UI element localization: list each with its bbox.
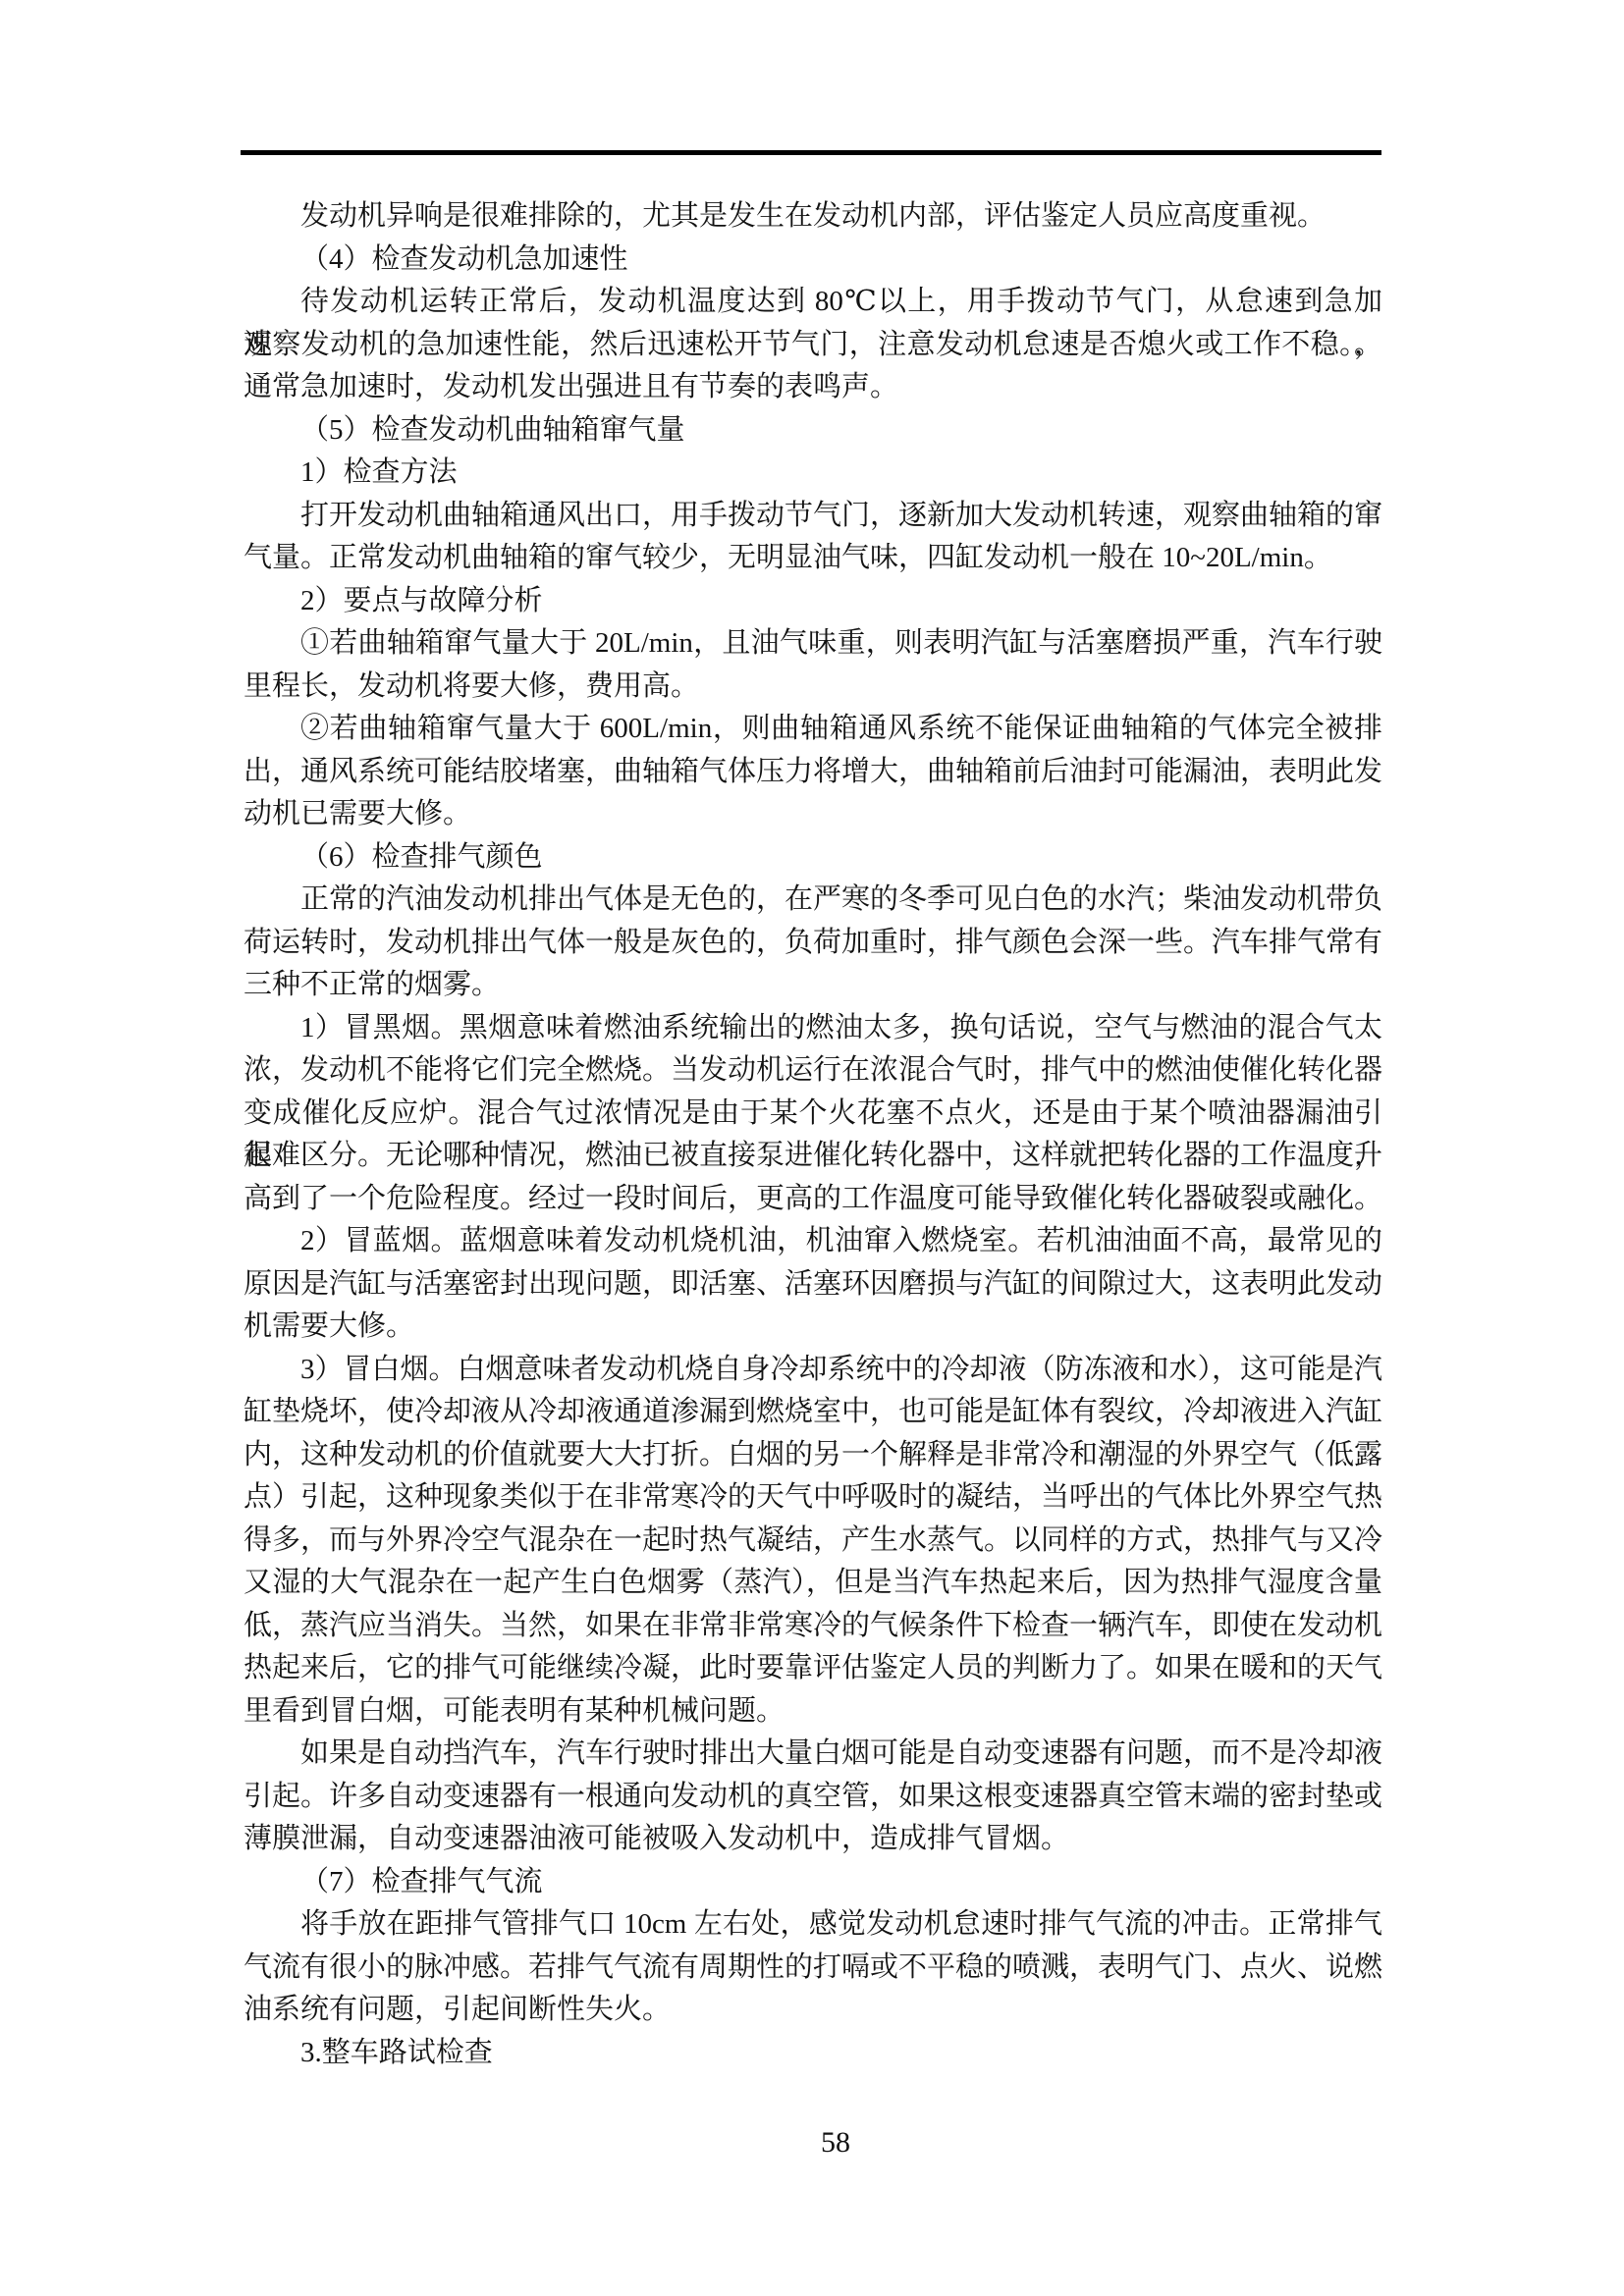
text-line: 薄膜泄漏，自动变速器油液可能被吸入发动机中，造成排气冒烟。 [244,1818,1382,1861]
text-line: ①若曲轴箱窜气量大于 20L/min，且油气味重，则表明汽缸与活塞磨损严重，汽车… [244,622,1382,666]
text-line: 引起。许多自动变速器有一根通向发动机的真空管，如果这根变速器真空管末端的密封垫或 [244,1776,1382,1819]
text-line: 如果是自动挡汽车，汽车行驶时排出大量白烟可能是自动变速器有问题，而不是冷却液 [244,1733,1382,1776]
page-number: 58 [821,2128,850,2158]
text-line: 观察发动机的急加速性能，然后迅速松开节气门，注意发动机怠速是否熄火或工作不稳。。 [244,324,1382,367]
text-line: 点）引起，这种现象类似于在非常寒冷的天气中呼吸时的凝结，当呼出的气体比外界空气热 [244,1476,1382,1520]
text-line: 荷运转时，发动机排出气体一般是灰色的，负荷加重时，排气颜色会深一些。汽车排气常有 [244,922,1382,965]
text-line: 气量。正常发动机曲轴箱的窜气较少，无明显油气味，四缸发动机一般在 10~20L/… [244,537,1382,580]
text-line: 1）检查方法 [244,452,1382,495]
text-line: 打开发动机曲轴箱通风出口，用手拨动节气门，逐新加大发动机转速，观察曲轴箱的窜 [244,495,1382,538]
text-line: 很难区分。无论哪种情况，燃油已被直接泵进催化转化器中，这样就把转化器的工作温度升 [244,1135,1382,1178]
text-line: 又湿的大气混杂在一起产生白色烟雾（蒸汽），但是当汽车热起来后，因为热排气湿度含量 [244,1562,1382,1605]
text-line: 变成催化反应炉。混合气过浓情况是由于某个火花塞不点火，还是由于某个喷油器漏油引起… [244,1093,1382,1136]
text-line: 动机已需要大修。 [244,793,1382,836]
text-line: 正常的汽油发动机排出气体是无色的，在严寒的冬季可见白色的水汽；柴油发动机带负 [244,879,1382,922]
text-line: 通常急加速时，发动机发出强进且有节奏的表鸣声。 [244,366,1382,409]
text-line: 出，通风系统可能结胶堵塞，曲轴箱气体压力将增大，曲轴箱前后油封可能漏油，表明此发 [244,751,1382,794]
text-line: 内，这种发动机的价值就要大大打折。白烟的另一个解释是非常冷和潮湿的外界空气（低露 [244,1434,1382,1477]
text-line: 热起来后，它的排气可能继续冷凝，此时要靠评估鉴定人员的判断力了。如果在暖和的天气 [244,1647,1382,1690]
text-line: （4）检查发动机急加速性 [244,239,1382,282]
text-line: 高到了一个危险程度。经过一段时间后，更高的工作温度可能导致催化转化器破裂或融化。 [244,1178,1382,1221]
text-line: 里看到冒白烟，可能表明有某种机械问题。 [244,1690,1382,1734]
text-line: 里程长，发动机将要大修，费用高。 [244,666,1382,709]
text-line: 原因是汽缸与活塞密封出现问题，即活塞、活塞环因磨损与汽缸的间隙过大，这表明此发动 [244,1263,1382,1307]
body-text: 发动机异响是很难排除的，尤其是发生在发动机内部，评估鉴定人员应高度重视。（4）检… [244,195,1382,2074]
text-line: 待发动机运转正常后，发动机温度达到 80℃以上，用手拨动节气门，从怠速到急加速， [244,281,1382,324]
text-line: 缸垫烧坏，使冷却液从冷却液通道渗漏到燃烧室中，也可能是缸体有裂纹，冷却液进入汽缸 [244,1391,1382,1434]
header-rule [241,150,1381,155]
text-line: 2）冒蓝烟。蓝烟意味着发动机烧机油，机油窜入燃烧室。若机油油面不高，最常见的 [244,1220,1382,1263]
text-line: （5）检查发动机曲轴箱窜气量 [244,409,1382,453]
text-line: 油系统有问题，引起间断性失火。 [244,1989,1382,2032]
text-line: 得多，而与外界冷空气混杂在一起时热气凝结，产生水蒸气。以同样的方式，热排气与又冷 [244,1520,1382,1563]
text-line: 1）冒黑烟。黑烟意味着燃油系统输出的燃油太多，换句话说，空气与燃油的混合气太 [244,1007,1382,1050]
text-line: 三种不正常的烟雾。 [244,964,1382,1007]
text-line: 3）冒白烟。白烟意味者发动机烧自身冷却系统中的冷却液（防冻液和水），这可能是汽 [244,1349,1382,1392]
text-line: 将手放在距排气管排气口 10cm 左右处，感觉发动机怠速时排气气流的冲击。正常排… [244,1903,1382,1947]
text-line: 3.整车路试检查 [244,2032,1382,2075]
text-line: 2）要点与故障分析 [244,580,1382,623]
text-line: 机需要大修。 [244,1306,1382,1349]
text-line: 气流有很小的脉冲感。若排气气流有周期性的打嗝或不平稳的喷溅，表明气门、点火、说燃 [244,1947,1382,1990]
text-line: 浓，发动机不能将它们完全燃烧。当发动机运行在浓混合气时，排气中的燃油使催化转化器 [244,1049,1382,1093]
text-line: 发动机异响是很难排除的，尤其是发生在发动机内部，评估鉴定人员应高度重视。 [244,195,1382,239]
document-page: 发动机异响是很难排除的，尤其是发生在发动机内部，评估鉴定人员应高度重视。（4）检… [0,0,1624,2296]
text-line: ②若曲轴箱窜气量大于 600L/min，则曲轴箱通风系统不能保证曲轴箱的气体完全… [244,708,1382,751]
text-line: 低，蒸汽应当消失。当然，如果在非常非常寒冷的气候条件下检查一辆汽车，即使在发动机 [244,1605,1382,1648]
text-line: （6）检查排气颜色 [244,836,1382,880]
text-line: （7）检查排气气流 [244,1861,1382,1904]
